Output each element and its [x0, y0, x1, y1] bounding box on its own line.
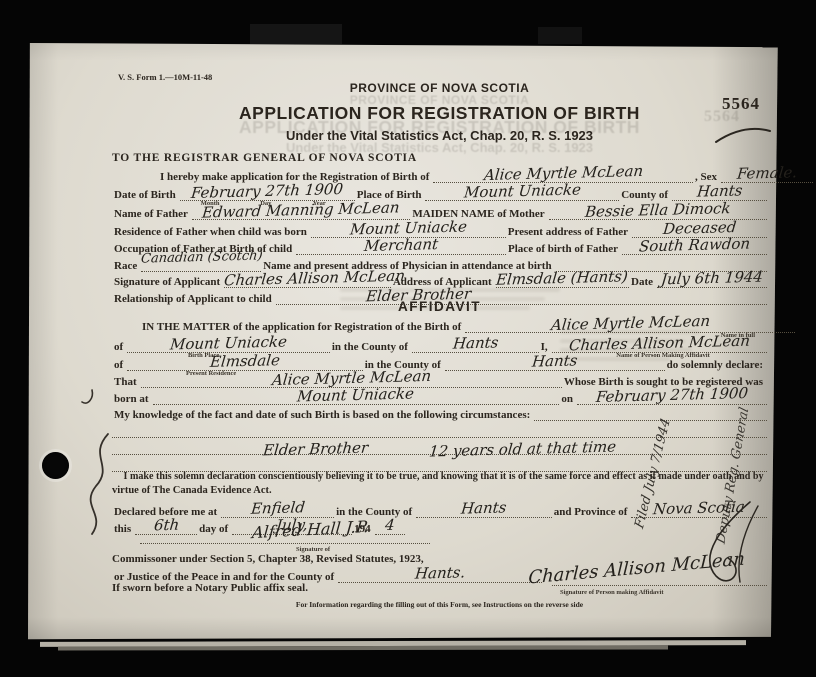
signature-flourish — [688, 498, 768, 588]
affidavit-county2-value: Hants — [531, 355, 577, 367]
born-at-field: Mount Uniacke — [153, 389, 560, 405]
affidavit-matter-row: IN THE MATTER of the application for Reg… — [112, 317, 795, 333]
father-label: Name of Father — [112, 208, 192, 220]
declaration-county-label: in the County of — [334, 506, 416, 518]
declare-label: do solemnly declare: — [665, 359, 767, 371]
father-residence-value: Mount Uniacke — [349, 221, 467, 235]
affidavit-birthplace-value: Mount Uniacke — [170, 336, 288, 350]
of-label: of — [112, 341, 127, 353]
application-date-field: July 6th 1944 — [657, 272, 767, 288]
affidavit-county1-field: Hants — [412, 337, 539, 353]
applicant-signature-value: Charles Allison McLean — [224, 271, 406, 287]
father-address-label: Present address of Father — [506, 226, 632, 238]
affidavit-birthplace-row: of Mount Uniacke Birth Place in the Coun… — [112, 337, 767, 353]
dotted-rule — [112, 456, 767, 472]
race-label: Race — [112, 260, 141, 272]
dob-field: February 27th 1900 Month Day Year — [180, 185, 355, 201]
knowledge-trailing-blank — [534, 405, 767, 421]
of-label2: of — [112, 359, 127, 371]
declaration-county-field: Hants — [416, 502, 552, 518]
applicant-signature-label: Signature of Applicant — [112, 276, 224, 288]
declarant-value: Charles Allison McLean — [568, 336, 750, 352]
father-occupation-value: Merchant — [364, 239, 439, 252]
scanned-birth-registration-document: V. S. Form 1.—10M-11-48 PROVINCE OF NOVA… — [0, 0, 816, 677]
paper-stack-edge — [58, 645, 668, 650]
affidavit-county-label: in the County of — [330, 341, 412, 353]
applicant-signature-field: Charles Allison McLean — [224, 272, 391, 288]
affidavit-residence-row: of Elmsdale Present Residence in the Cou… — [112, 355, 767, 371]
declarant-field: Charles Allison McLean Name of Person Ma… — [552, 337, 767, 353]
race-field: Canadian (Scotch) — [141, 256, 261, 272]
father-value: Edward Manning McLean — [202, 202, 401, 218]
knowledge-label: My knowledge of the fact and date of suc… — [112, 409, 534, 421]
county-label: County of — [619, 189, 672, 201]
circumstances-value: Elder Brother — [263, 443, 369, 457]
circumstances-row: Elder Brother 12 years old at that time — [112, 439, 767, 455]
father-occupation-field: Merchant — [296, 239, 506, 255]
born-at-value: Mount Uniacke — [297, 388, 415, 402]
that-label: That — [112, 376, 141, 388]
birth-date-place-row: Date of Birth February 27th 1900 Month D… — [112, 185, 767, 201]
affidavit-county1-value: Hants — [452, 337, 498, 349]
scanner-artifact — [538, 27, 582, 44]
justice-county-field: Hants. — [338, 567, 542, 583]
father-address-value: Deceased — [662, 222, 736, 235]
dob-label: Date of Birth — [112, 189, 180, 201]
application-date-label: Date — [629, 276, 657, 288]
father-birthplace-field: South Rawdon — [622, 239, 767, 255]
addressee-heading: TO THE REGISTRAR GENERAL OF NOVA SCOTIA — [112, 152, 417, 164]
father-birthplace-value: South Rawdon — [638, 239, 750, 253]
matter-name-value: Alice Myrtle McLean — [550, 316, 710, 331]
application-date-value: July 6th 1944 — [661, 272, 764, 286]
father-residence-label: Residence of Father when child was born — [112, 226, 311, 238]
punch-hole — [42, 452, 69, 479]
declaration-county-value: Hants — [461, 502, 507, 514]
race-value: Canadian (Scotch) — [141, 250, 264, 264]
commissioner-line: Commissoner under Section 5, Chapter 38,… — [112, 553, 424, 565]
declaration-province-label: and Province of — [552, 506, 632, 518]
applicant-address-value: Elmsdale (Hants) — [496, 271, 629, 285]
pen-check-mark — [712, 122, 774, 146]
scanner-artifact — [250, 24, 342, 44]
residence-field: Elmsdale Present Residence — [127, 355, 363, 371]
matter-name-field: Alice Myrtle McLean Name in full — [465, 317, 795, 333]
affidavit-heading: AFFIDAVIT — [112, 299, 767, 314]
declared-row: Declared before me at Enfield in the Cou… — [112, 502, 767, 518]
affiant-signature-sublabel: Signature of Person making Affidavit — [560, 589, 664, 596]
witness-signature-line — [140, 528, 430, 544]
justice-county-value: Hants. — [414, 567, 465, 579]
this-label: this — [112, 523, 135, 535]
affidavit-birthplace-field: Mount Uniacke Birth Place — [127, 337, 330, 353]
on-label: on — [559, 393, 577, 405]
application-name-row: I hereby make application for the Regist… — [112, 167, 813, 183]
margin-scribble — [70, 428, 115, 540]
father-birthplace-label: Place of birth of Father — [506, 243, 622, 255]
mother-value: Bessie Ella Dimock — [585, 203, 732, 218]
county-value: Hants — [696, 185, 742, 197]
affidavit-county2-field: Hants — [445, 355, 665, 371]
father-residence-row: Residence of Father when child was born … — [112, 222, 767, 238]
born-at-label: born at — [112, 393, 153, 405]
father-field: Edward Manning McLean — [192, 204, 410, 220]
declaration-statement-line2: virtue of The Canada Evidence Act. — [112, 485, 272, 496]
child-name-value: Alice Myrtle McLean — [483, 166, 643, 181]
notary-line: If sworn before a Notary Public affix se… — [112, 582, 308, 594]
justice-row: or Justice of the Peace in and for the C… — [112, 567, 542, 583]
residence-value: Elmsdale — [209, 355, 280, 368]
sex-value: Female. — [736, 167, 797, 180]
circumstances-blank-row2 — [112, 456, 767, 472]
declared-place-value: Enfield — [250, 502, 305, 514]
dob-value: February 27th 1900 — [191, 184, 344, 199]
pob-value: Mount Uniacke — [463, 184, 581, 198]
circumstances-field: Elder Brother 12 years old at that time — [112, 439, 767, 455]
applicant-address-field: Elmsdale (Hants) — [496, 272, 629, 288]
pob-field: Mount Uniacke — [425, 185, 619, 201]
matter-label: IN THE MATTER of the application for Reg… — [140, 321, 465, 333]
pen-mark-j — [78, 386, 98, 408]
witness-signature-sublabel: Signature of — [296, 546, 330, 553]
fine-print: For Information regarding the filling ou… — [112, 600, 767, 609]
